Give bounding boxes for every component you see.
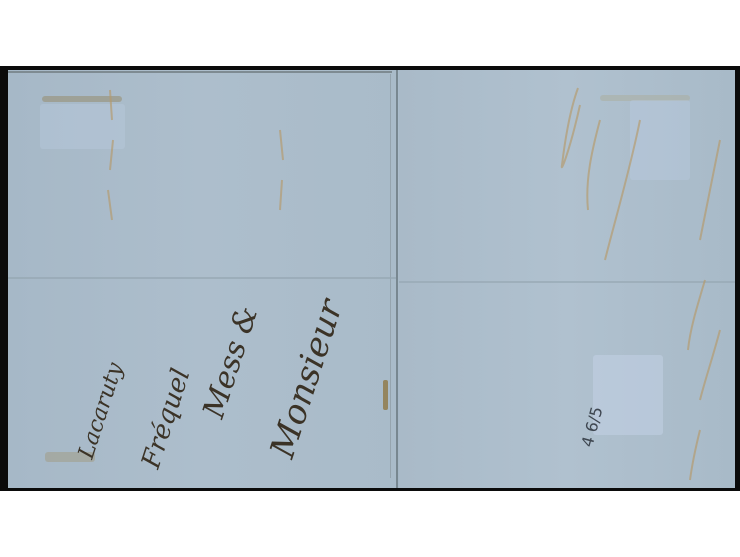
hinge-mark-top-right: [630, 100, 690, 180]
flap-edge-line: [390, 74, 391, 478]
rust-spot: [383, 380, 388, 410]
hinge-stain-bottom-left: [45, 452, 95, 462]
horizontal-fold-right: [399, 281, 735, 283]
horizontal-fold-left: [8, 277, 396, 279]
hinge-stain-top-left: [42, 96, 122, 102]
flap-top-edge: [8, 71, 392, 73]
hinge-mark-bottom-right: [593, 355, 663, 435]
hinge-mark-top-left: [40, 104, 125, 149]
vertical-fold-line: [396, 70, 398, 488]
